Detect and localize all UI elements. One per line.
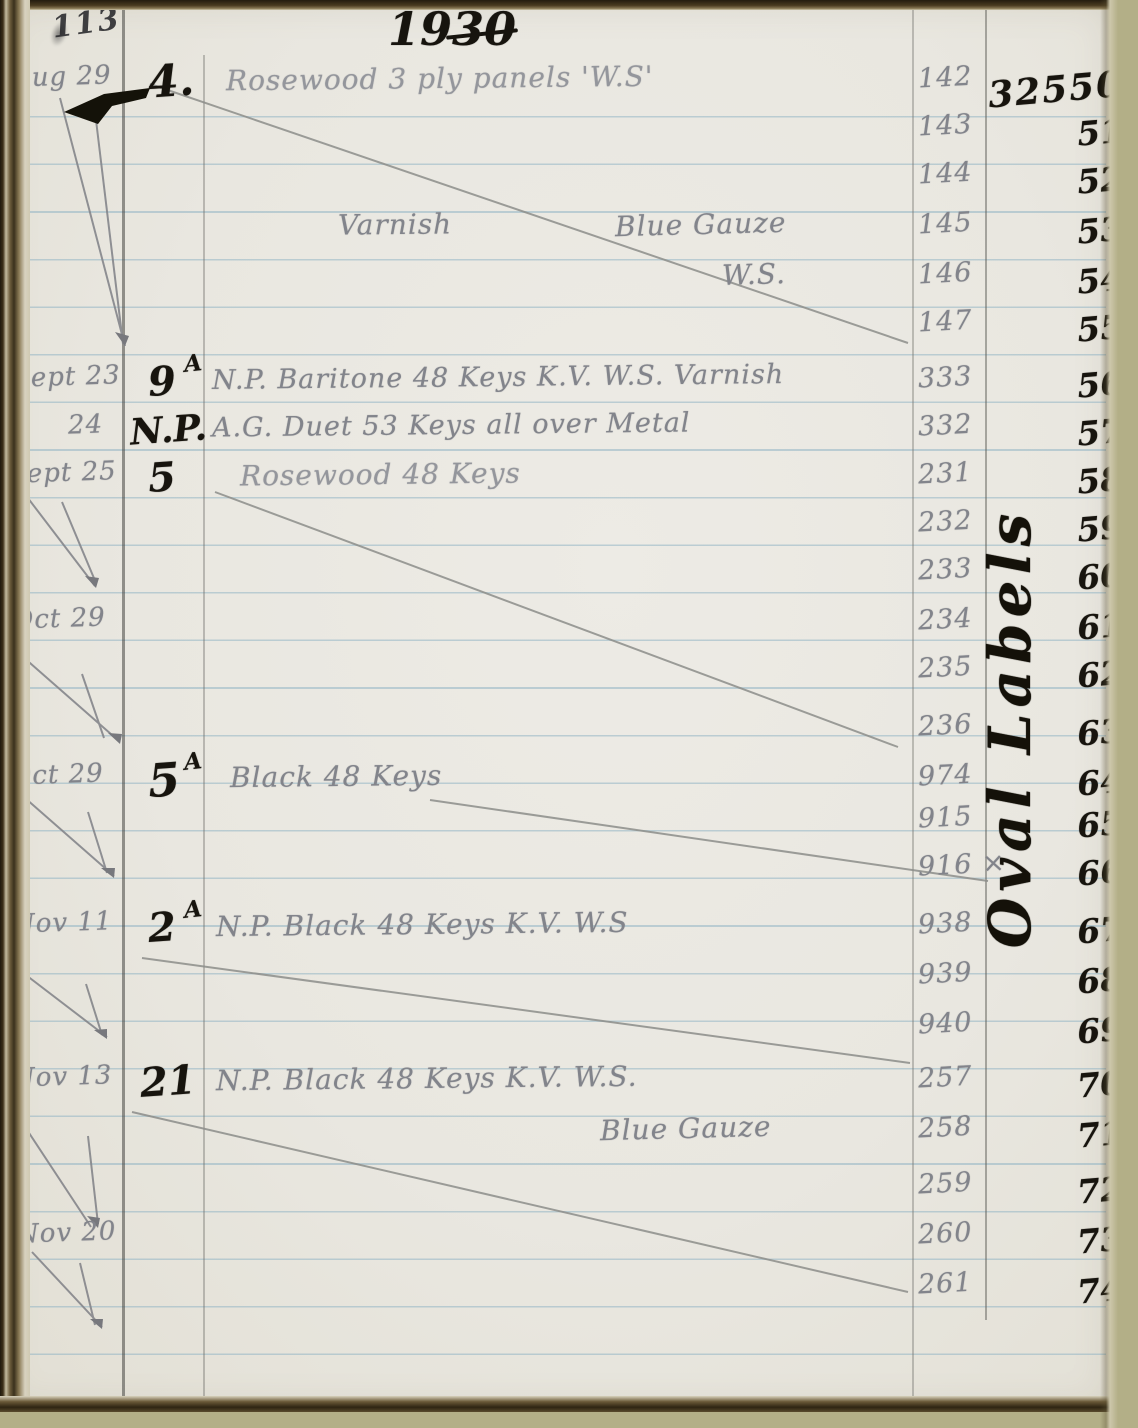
serial-number: 145 (917, 206, 979, 240)
entry-date: Nov 20 (16, 1216, 117, 1249)
ledger-row: 915 65 (0, 802, 1114, 852)
lot-suffix: A (183, 895, 204, 924)
serial-number: 143 (917, 108, 979, 142)
book-bottom-edge (0, 1396, 1114, 1412)
ledger-row: 259 72 (0, 1168, 1114, 1218)
serial-number: 916 × (917, 848, 979, 882)
ledger-row: Nov 20 260 73 (0, 1218, 1114, 1268)
ledger-row: Nov 13 21 N.P. Black 48 Keys K.V. W.S. 2… (0, 1062, 1114, 1112)
lot-number: 21 (139, 1060, 197, 1104)
ledger-row: Sept 23 9 A N.P. Baritone 48 Keys K.V. W… (0, 362, 1114, 412)
ledger-row: 233 60 (0, 554, 1114, 604)
ledger-row: Oct 29 234 61 (0, 604, 1114, 654)
lot-number: 4. (147, 60, 196, 103)
serial-number: 235 (917, 650, 979, 684)
entry-description: Black 48 Keys (230, 759, 443, 794)
ledger-page-scan: { "page": { "page_number": "113", "year_… (0, 0, 1138, 1428)
lot-number: N.P. (129, 407, 208, 452)
entry-date: 24 (67, 409, 103, 440)
entry-description: N.P. Black 48 Keys K.V. W.S (216, 906, 629, 943)
serial-number: 233 (917, 552, 979, 586)
serial-number: 940 (917, 1006, 979, 1040)
serial-number: 232 (917, 504, 979, 538)
book-right-edge (1100, 0, 1138, 1428)
lot-suffix: A (183, 349, 204, 378)
entry-note: Blue Gauze (600, 1110, 772, 1147)
ledger-row: Varnish Blue Gauze 145 53 (0, 208, 1114, 258)
entry-description: Rosewood 3 ply panels 'W.S' (226, 60, 654, 97)
serial-number: 259 (917, 1166, 979, 1200)
ledger-row: Sept 25 5 Rosewood 48 Keys 231 58 (0, 458, 1114, 508)
ledger-row: 261 74 (0, 1268, 1114, 1318)
serial-number: 260 (917, 1216, 979, 1250)
serial-number: 333 (917, 360, 979, 394)
lot-number: 2 (147, 907, 178, 949)
ledger-row: 939 68 (0, 958, 1114, 1008)
serial-number: 258 (917, 1110, 979, 1144)
serial-number: 261 (917, 1266, 979, 1300)
serial-number: 939 (917, 956, 979, 990)
ledger-row: 940 69 (0, 1008, 1114, 1058)
ledger-row: 235 62 (0, 652, 1114, 702)
book-binding (0, 0, 30, 1412)
serial-number: 974 (917, 758, 979, 792)
year-heading: 1930 (388, 2, 516, 56)
ledger-row: 144 52 (0, 158, 1114, 208)
ledger-row: 916 × 66 (0, 850, 1114, 900)
lot-number: 5 (147, 759, 182, 801)
serial-number: 147 (917, 304, 979, 338)
serial-number: 234 (917, 602, 979, 636)
serial-number: 938 (917, 906, 979, 940)
ledger-row: Aug 29 4. Rosewood 3 ply panels 'W.S' 14… (0, 62, 1114, 112)
lot-number: 9 (147, 361, 178, 403)
serial-number: 257 (917, 1060, 979, 1094)
entry-description: Rosewood 48 Keys (240, 457, 521, 493)
serial-number: 236 (917, 708, 979, 742)
entry-description: N.P. Baritone 48 Keys K.V. W.S. Varnish (212, 359, 785, 396)
ledger-row: Nov 11 2 A N.P. Black 48 Keys K.V. W.S 9… (0, 908, 1114, 958)
serial-number: 231 (917, 456, 979, 490)
entry-description: N.P. Black 48 Keys K.V. W.S. (216, 1060, 638, 1097)
serial-number: 144 (917, 156, 979, 190)
serial-number: 915 (917, 800, 979, 834)
ledger-row: W.S. 146 54 (0, 258, 1114, 308)
ledger-row: 147 55 (0, 306, 1114, 356)
ledger-row: 143 51 (0, 110, 1114, 160)
lot-suffix: A (183, 747, 204, 776)
lot-number: 5 (147, 457, 178, 499)
book-top-edge (0, 0, 1114, 10)
serial-number: 146 (917, 256, 979, 290)
serial-number: 142 (917, 60, 979, 94)
entry-note: W.S. (722, 257, 787, 292)
entry-note: Blue Gauze (615, 206, 787, 243)
entry-description: Varnish (338, 207, 452, 241)
entry-description: A.G. Duet 53 Keys all over Metal (212, 407, 691, 443)
ledger-row: 232 59 (0, 506, 1114, 556)
serial-number: 332 (917, 408, 979, 442)
ledger-row: 24 N.P. A.G. Duet 53 Keys all over Metal… (0, 410, 1114, 460)
ledger-row: Blue Gauze 258 71 (0, 1112, 1114, 1162)
